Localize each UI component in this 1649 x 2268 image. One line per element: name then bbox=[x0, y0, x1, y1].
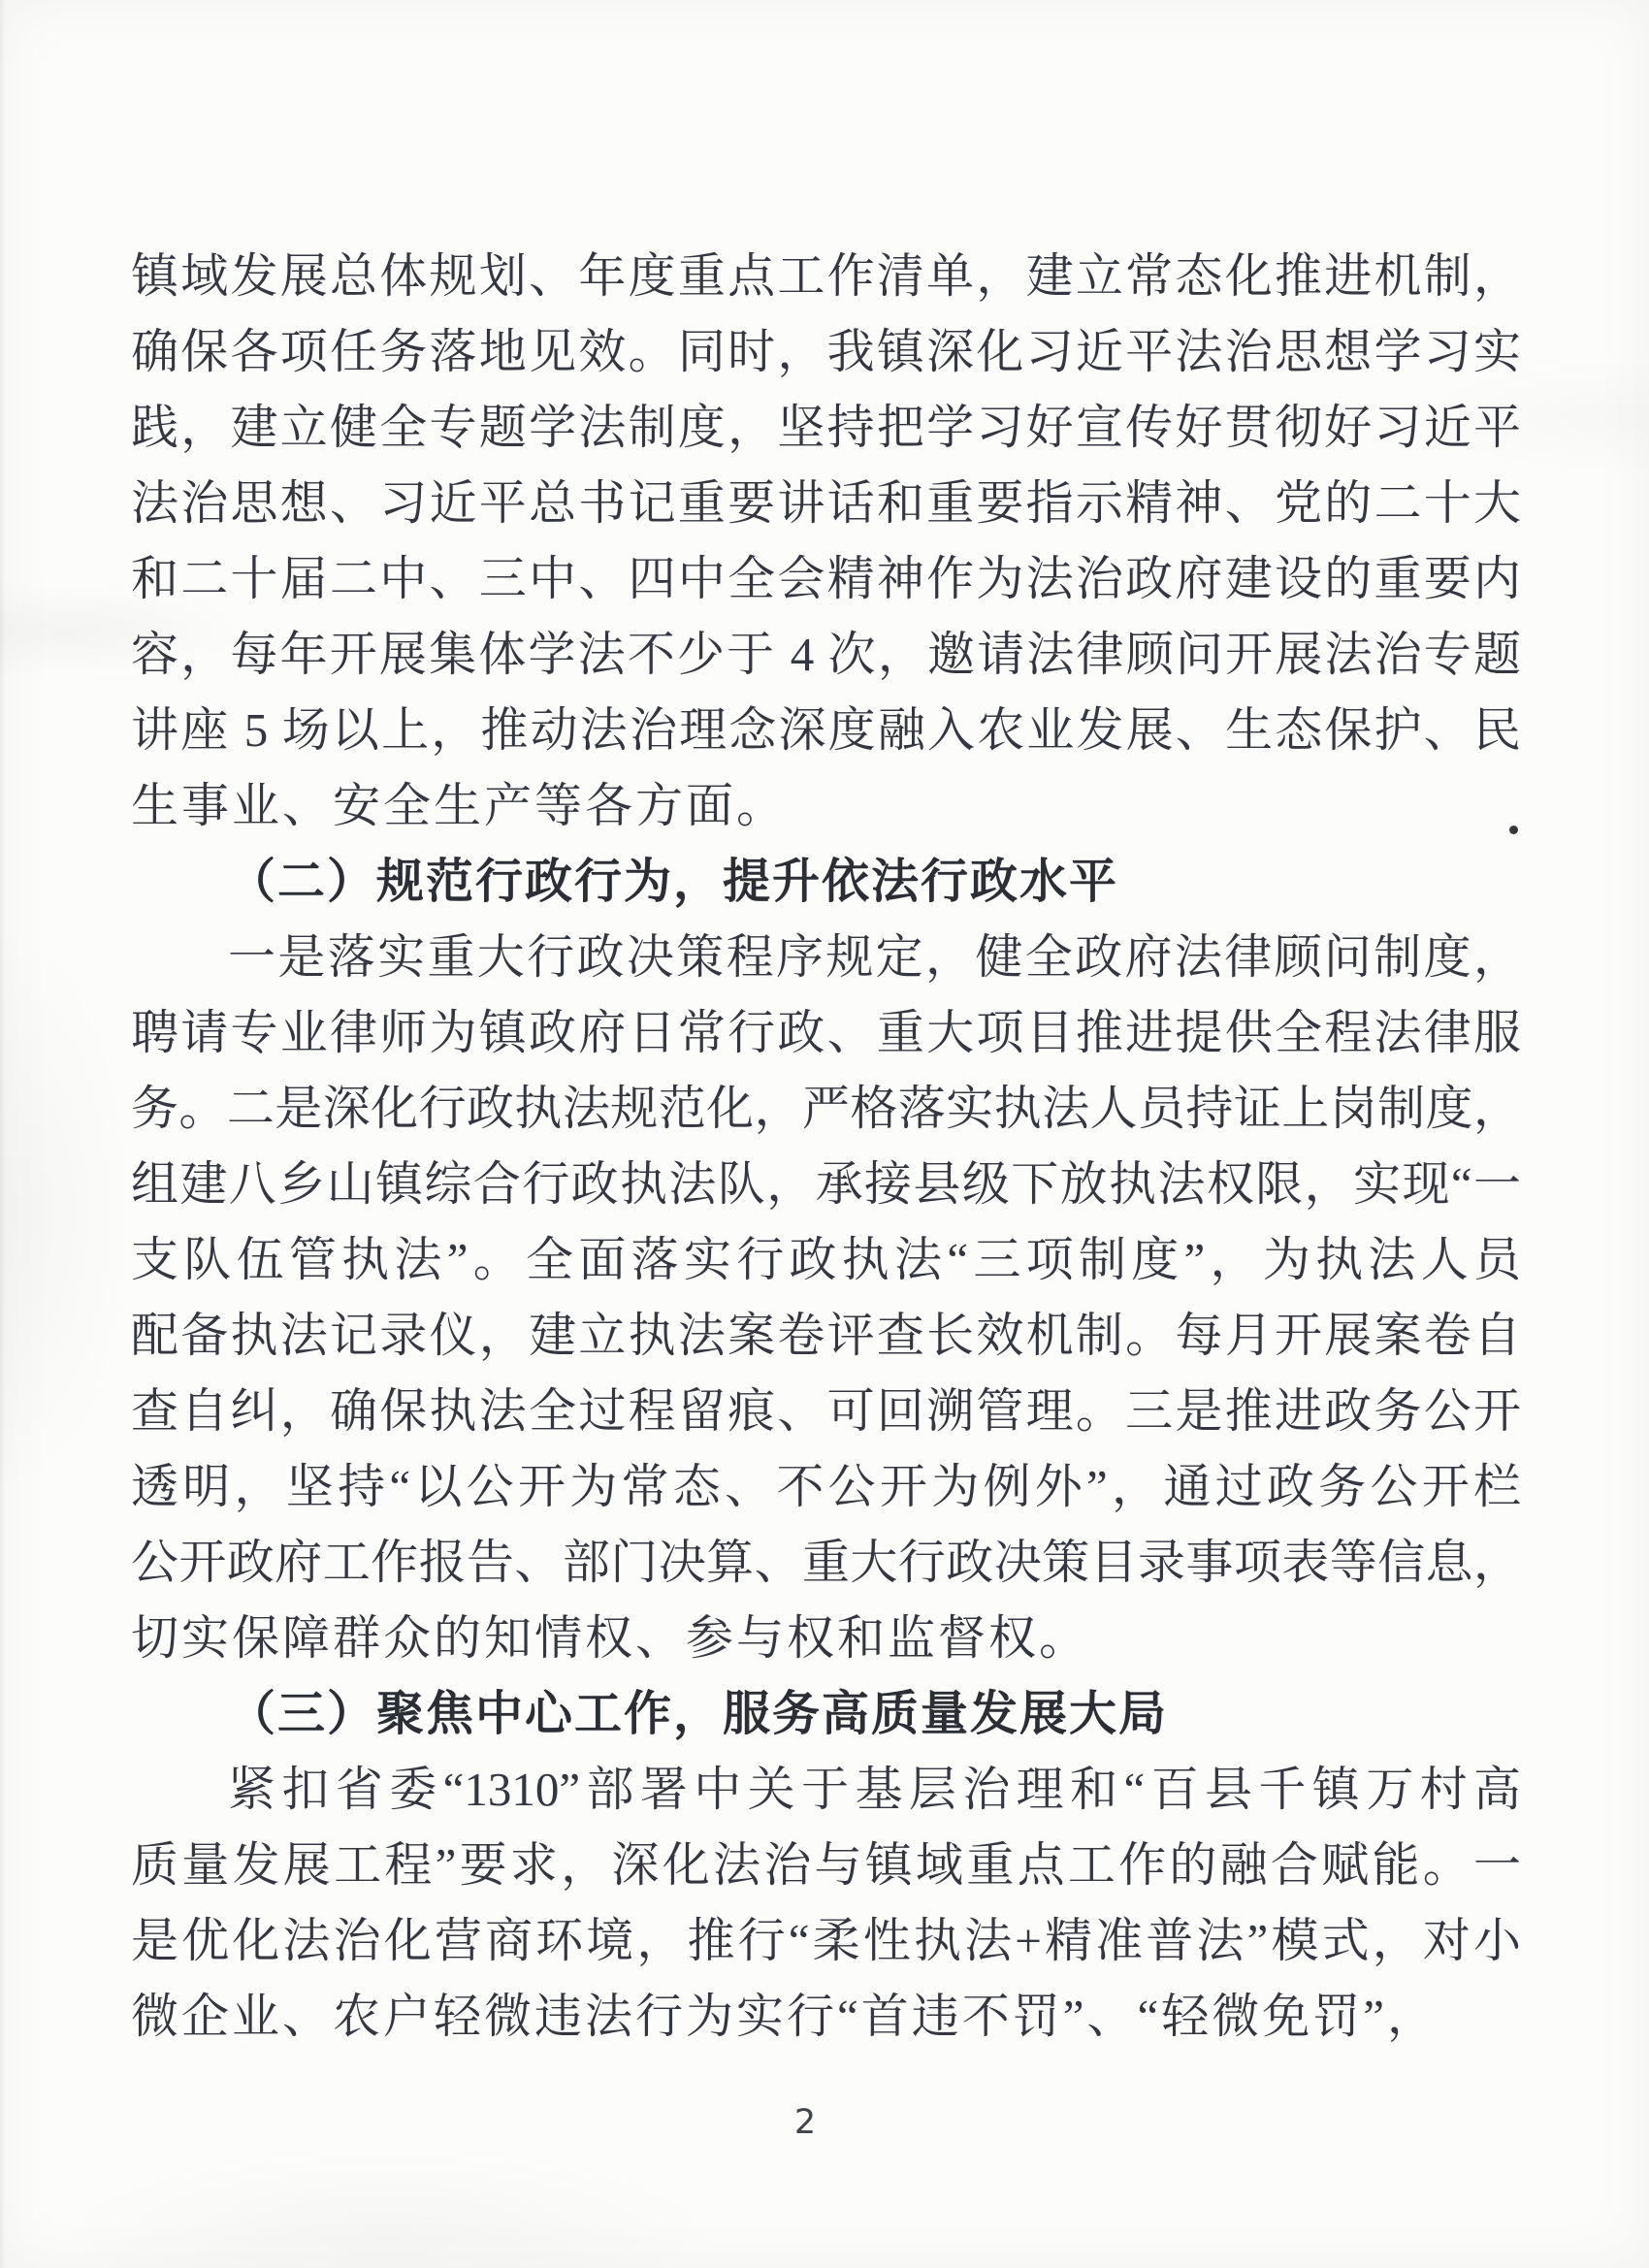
text-line: 法治思想、习近平总书记重要讲话和重要指示精神、党的二十大 bbox=[131, 466, 1521, 541]
text-line: 践，建立健全专题学法制度，坚持把学习好宣传好贯彻好习近平 bbox=[131, 390, 1521, 466]
text-line: 容，每年开展集体学法不少于 4 次，邀请法律顾问开展法治专题 bbox=[131, 617, 1521, 693]
ink-speck-artifact bbox=[1509, 826, 1518, 834]
text-line: 支队伍管执法”。全面落实行政执法“三项制度”，为执法人员 bbox=[131, 1222, 1521, 1298]
document-body: 镇域发展总体规划、年度重点工作清单，建立常态化推进机制，确保各项任务落地见效。同… bbox=[131, 239, 1521, 2055]
text-line: 一是落实重大行政决策程序规定，健全政府法律顾问制度， bbox=[131, 920, 1521, 995]
text-line: 公开政府工作报告、部门决算、重大行政决策目录事项表等信息， bbox=[131, 1525, 1521, 1601]
text-line: 查自纠，确保执法全过程留痕、可回溯管理。三是推进政务公开 bbox=[131, 1374, 1521, 1449]
text-line: 配备执法记录仪，建立执法案卷评查长效机制。每月开展案卷自 bbox=[131, 1298, 1521, 1374]
text-line: 是优化法治化营商环境，推行“柔性执法+精准普法”模式，对小 bbox=[131, 1903, 1521, 1979]
text-line: 组建八乡山镇综合行政执法队，承接县级下放执法权限，实现“一 bbox=[131, 1147, 1521, 1222]
page-number: 2 bbox=[0, 2103, 1610, 2142]
text-line: 生事业、安全生产等各方面。 bbox=[131, 768, 1521, 844]
text-line: 务。二是深化行政执法规范化，严格落实执法人员持证上岗制度， bbox=[131, 1071, 1521, 1147]
text-line: 切实保障群众的知情权、参与权和监督权。 bbox=[131, 1601, 1521, 1676]
text-line: 和二十届二中、三中、四中全会精神作为法治政府建设的重要内 bbox=[131, 541, 1521, 617]
section-heading: （三）聚焦中心工作，服务高质量发展大局 bbox=[131, 1676, 1521, 1752]
text-line: 微企业、农户轻微违法行为实行“首违不罚”、“轻微免罚”， bbox=[131, 1979, 1521, 2055]
scanned-document-page: 镇域发展总体规划、年度重点工作清单，建立常态化推进机制，确保各项任务落地见效。同… bbox=[0, 0, 1649, 2268]
section-heading: （二）规范行政行为，提升依法行政水平 bbox=[131, 844, 1521, 920]
text-line: 透明，坚持“以公开为常态、不公开为例外”，通过政务公开栏 bbox=[131, 1449, 1521, 1525]
text-line: 质量发展工程”要求，深化法治与镇域重点工作的融合赋能。一 bbox=[131, 1828, 1521, 1903]
scan-edge-shading bbox=[0, 0, 6, 2268]
text-line: 镇域发展总体规划、年度重点工作清单，建立常态化推进机制， bbox=[131, 239, 1521, 314]
text-line: 聘请专业律师为镇政府日常行政、重大项目推进提供全程法律服 bbox=[131, 995, 1521, 1071]
text-line: 确保各项任务落地见效。同时，我镇深化习近平法治思想学习实 bbox=[131, 314, 1521, 390]
text-line: 紧扣省委“1310”部署中关于基层治理和“百县千镇万村高 bbox=[131, 1752, 1521, 1828]
text-line: 讲座 5 场以上，推动法治理念深度融入农业发展、生态保护、民 bbox=[131, 693, 1521, 768]
